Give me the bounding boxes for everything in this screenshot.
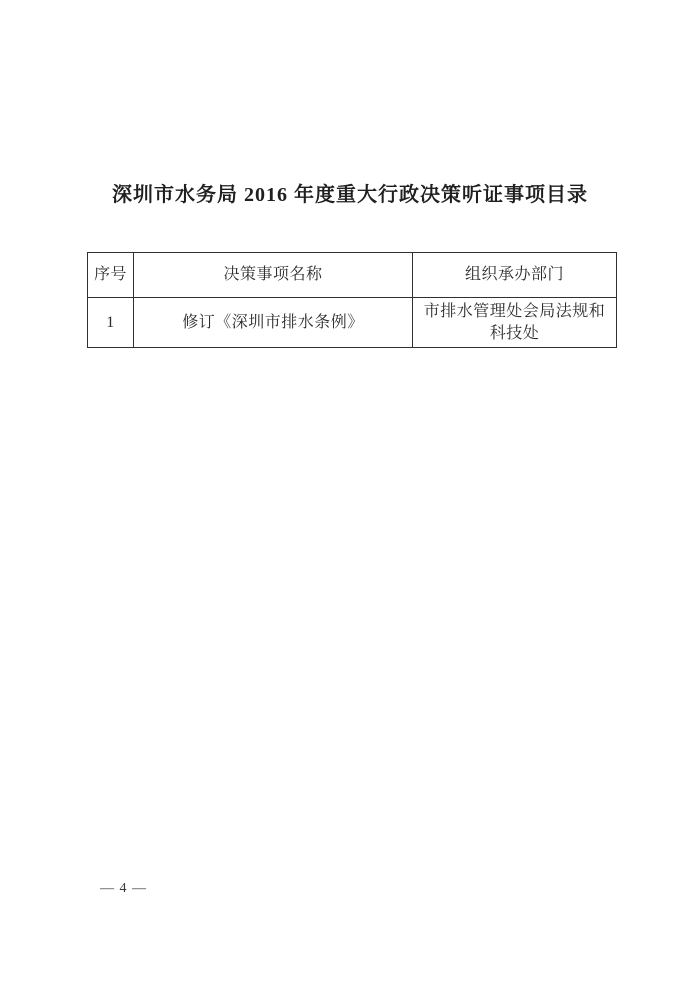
document-title: 深圳市水务局 2016 年度重大行政决策听证事项目录: [0, 182, 700, 209]
table-header-row: 序号 决策事项名称 组织承办部门: [88, 253, 617, 298]
cell-seq: 1: [88, 298, 134, 348]
cell-organizing-department: 市排水管理处会局法规和科技处: [413, 298, 617, 348]
table-row: 1 修订《深圳市排水条例》 市排水管理处会局法规和科技处: [88, 298, 617, 348]
document-page: 深圳市水务局 2016 年度重大行政决策听证事项目录 序号 决策事项名称 组织承…: [0, 0, 700, 990]
header-cell-organizing-department: 组织承办部门: [413, 253, 617, 298]
header-cell-seq: 序号: [88, 253, 134, 298]
hearing-items-table: 序号 决策事项名称 组织承办部门 1 修订《深圳市排水条例》 市排水管理处会局法…: [87, 252, 617, 348]
page-number: — 4 —: [100, 881, 147, 897]
cell-decision-name: 修订《深圳市排水条例》: [134, 298, 413, 348]
header-cell-decision-name: 决策事项名称: [134, 253, 413, 298]
